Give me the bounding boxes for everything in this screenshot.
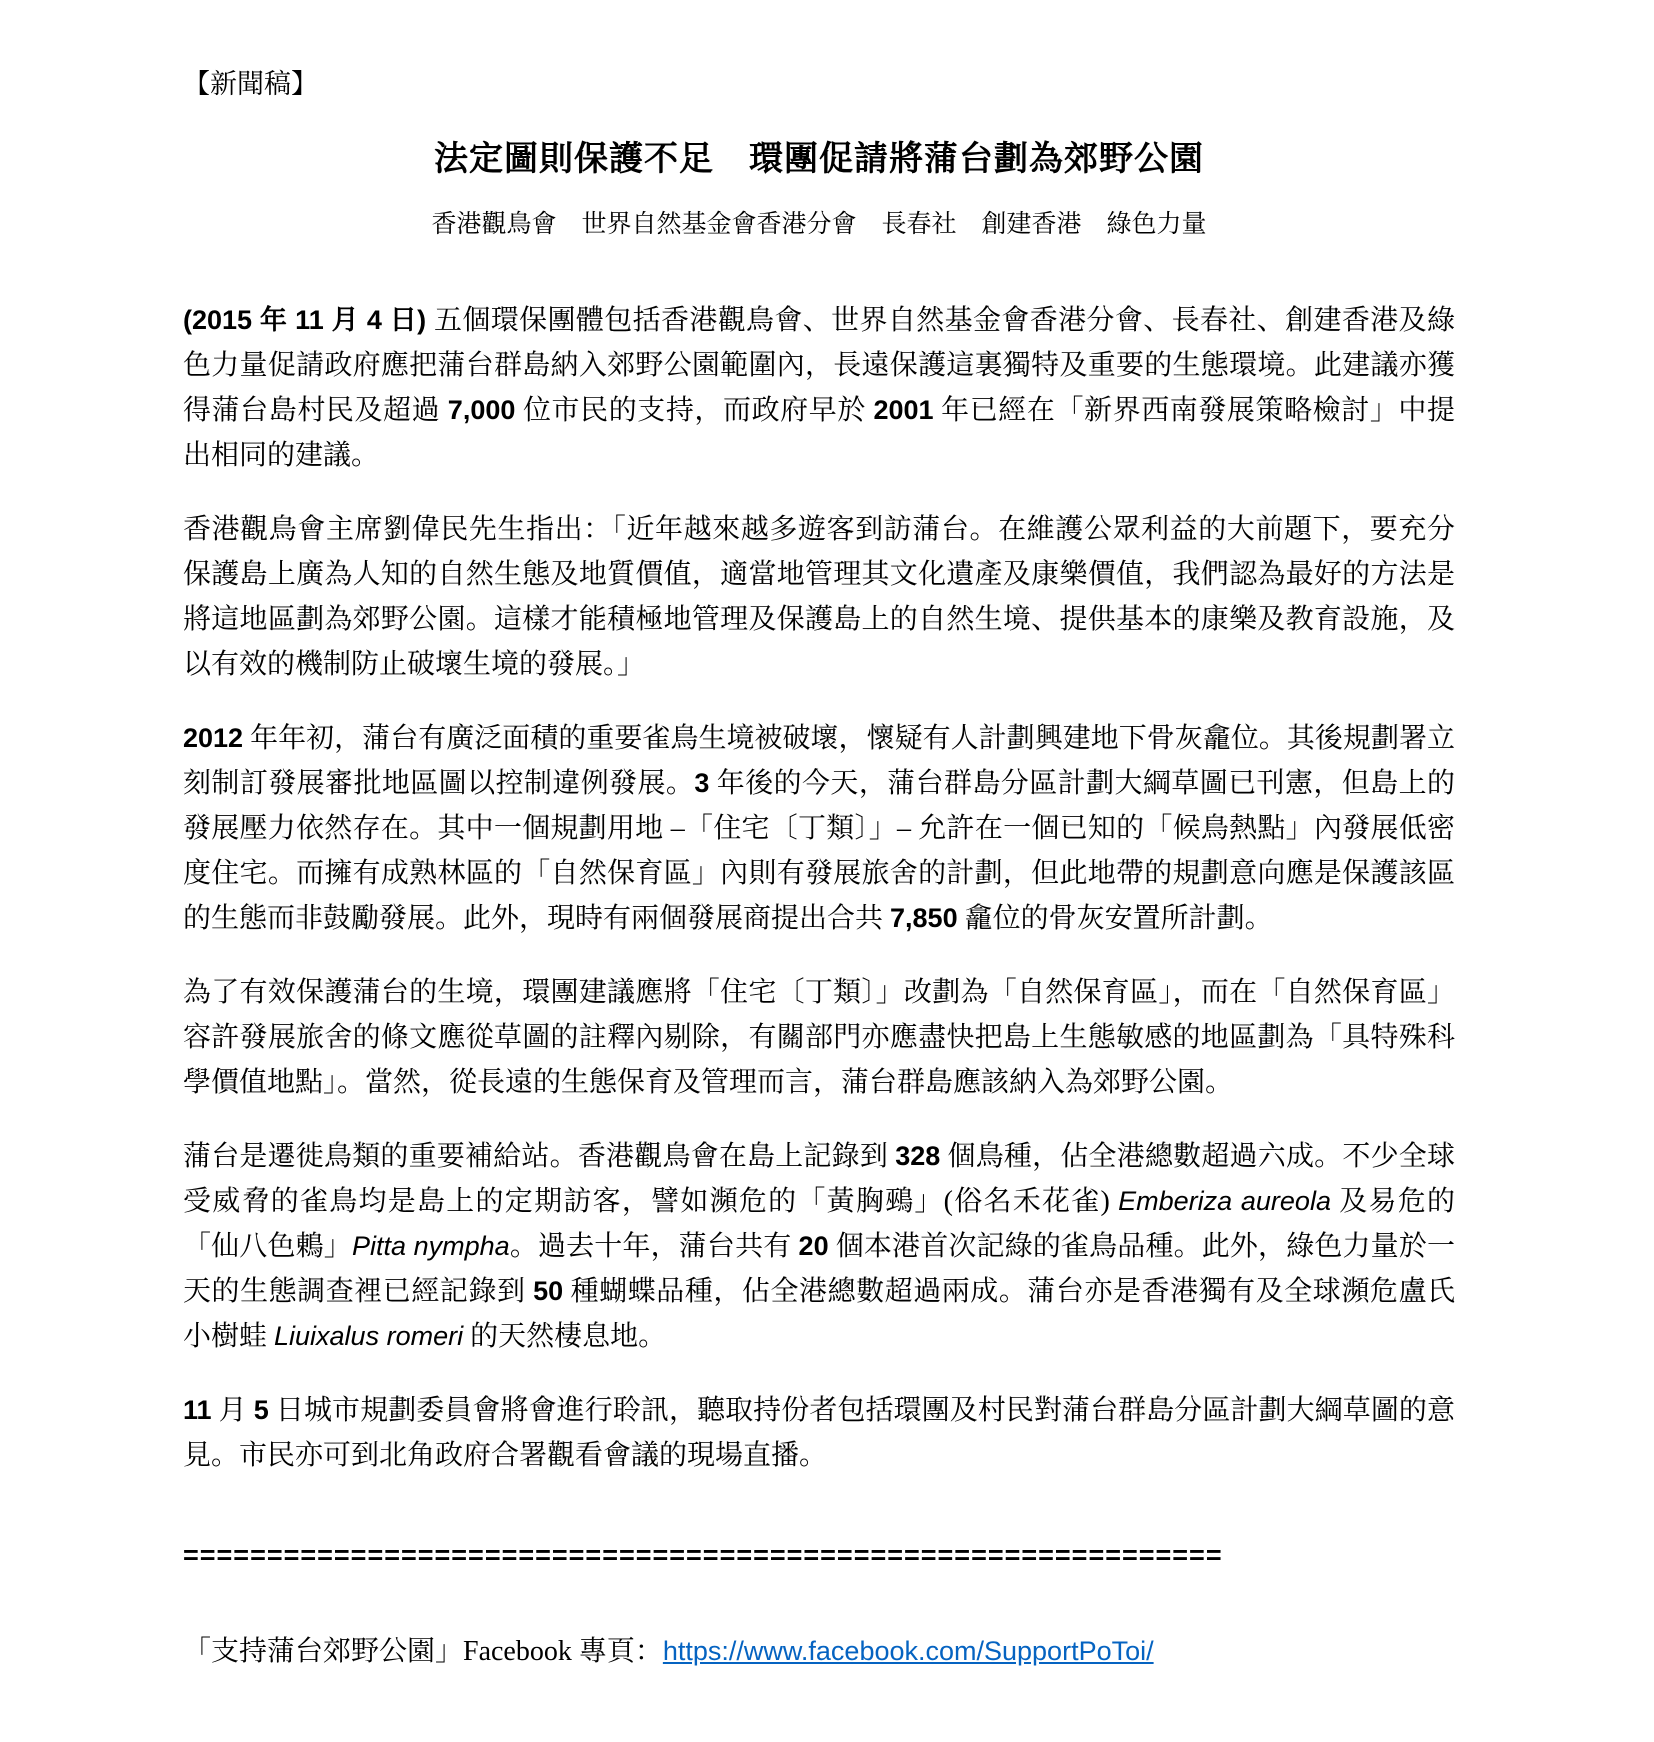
body-paragraph-hearing: 11 月 5 日城市規劃委員會將會進行聆訊，聽取持份者包括環團及村民對蒲台群島分… [183, 1388, 1455, 1478]
text-segment: Liuixalus romeri [274, 1321, 463, 1351]
text-segment: Emberiza aureola [1118, 1186, 1331, 1216]
press-release-page: 【新聞稿】 法定圖則保護不足 環團促請將蒲台劃為郊野公園 香港觀鳥會 世界自然基… [0, 0, 1654, 1742]
text-segment: 7,850 [890, 903, 958, 933]
text-segment: 3 [694, 768, 709, 798]
facebook-line-prefix: 「支持蒲台郊野公園」Facebook 專頁： [183, 1636, 663, 1667]
text-segment: Pitta nympha [352, 1231, 510, 1261]
text-segment: 20 [799, 1231, 829, 1261]
text-segment: 5 [254, 1395, 269, 1425]
text-segment: 香港觀鳥會主席劉偉民先生指出：「近年越來越多遊客到訪蒲台。在維護公眾利益的大前題… [183, 514, 1455, 680]
body-paragraph-intro: (2015 年 11 月 4 日) 五個環保團體包括香港觀鳥會、世界自然基金會香… [183, 298, 1455, 478]
text-segment: 328 [895, 1141, 940, 1171]
text-segment: 日城市規劃委員會將會進行聆訊，聽取持份者包括環團及村民對蒲台群島分區計劃大綱草圖… [183, 1395, 1455, 1471]
separator-line: ========================================… [183, 1540, 1455, 1571]
organizations-line: 香港觀鳥會 世界自然基金會香港分會 長春社 創建香港 綠色力量 [183, 208, 1455, 242]
page-title: 法定圖則保護不足 環團促請將蒲台劃為郊野公園 [183, 138, 1455, 182]
text-segment: 月 [212, 1395, 254, 1426]
text-segment: 的天然棲息地。 [463, 1321, 666, 1352]
body-paragraph-ecology: 蒲台是遷徙鳥類的重要補給站。香港觀鳥會在島上記錄到 328 個鳥種，佔全港總數超… [183, 1134, 1455, 1359]
text-segment: 2001 [873, 395, 933, 425]
body-paragraph-rezoning-proposal: 為了有效保護蒲台的生境，環團建議應將「住宅〔丁類〕」改劃為「自然保育區」，而在「… [183, 970, 1455, 1105]
text-segment: 7,000 [448, 395, 516, 425]
facebook-line: 「支持蒲台郊野公園」Facebook 專頁：https://www.facebo… [183, 1629, 1455, 1674]
text-segment: 為了有效保護蒲台的生境，環團建議應將「住宅〔丁類〕」改劃為「自然保育區」，而在「… [183, 977, 1455, 1098]
text-segment: 位市民的支持，而政府早於 [515, 395, 873, 426]
text-segment: (2015 年 11 月 4 日) [183, 305, 434, 335]
text-segment: 龕位的骨灰安置所計劃。 [958, 903, 1273, 934]
body-paragraph-2012-background: 2012 年年初，蒲台有廣泛面積的重要雀鳥生境被破壞，懷疑有人計劃興建地下骨灰龕… [183, 716, 1455, 941]
press-release-tag: 【新聞稿】 [183, 66, 1455, 102]
text-segment: 2012 [183, 723, 243, 753]
text-segment: 50 [533, 1276, 563, 1306]
text-segment: 11 [183, 1395, 212, 1425]
facebook-link[interactable]: https://www.facebook.com/SupportPoToi/ [663, 1636, 1154, 1666]
body-paragraph-quote: 香港觀鳥會主席劉偉民先生指出：「近年越來越多遊客到訪蒲台。在維護公眾利益的大前題… [183, 507, 1455, 687]
text-segment: 蒲台是遷徙鳥類的重要補給站。香港觀鳥會在島上記錄到 [183, 1141, 895, 1172]
text-segment: 。過去十年，蒲台共有 [510, 1231, 799, 1262]
